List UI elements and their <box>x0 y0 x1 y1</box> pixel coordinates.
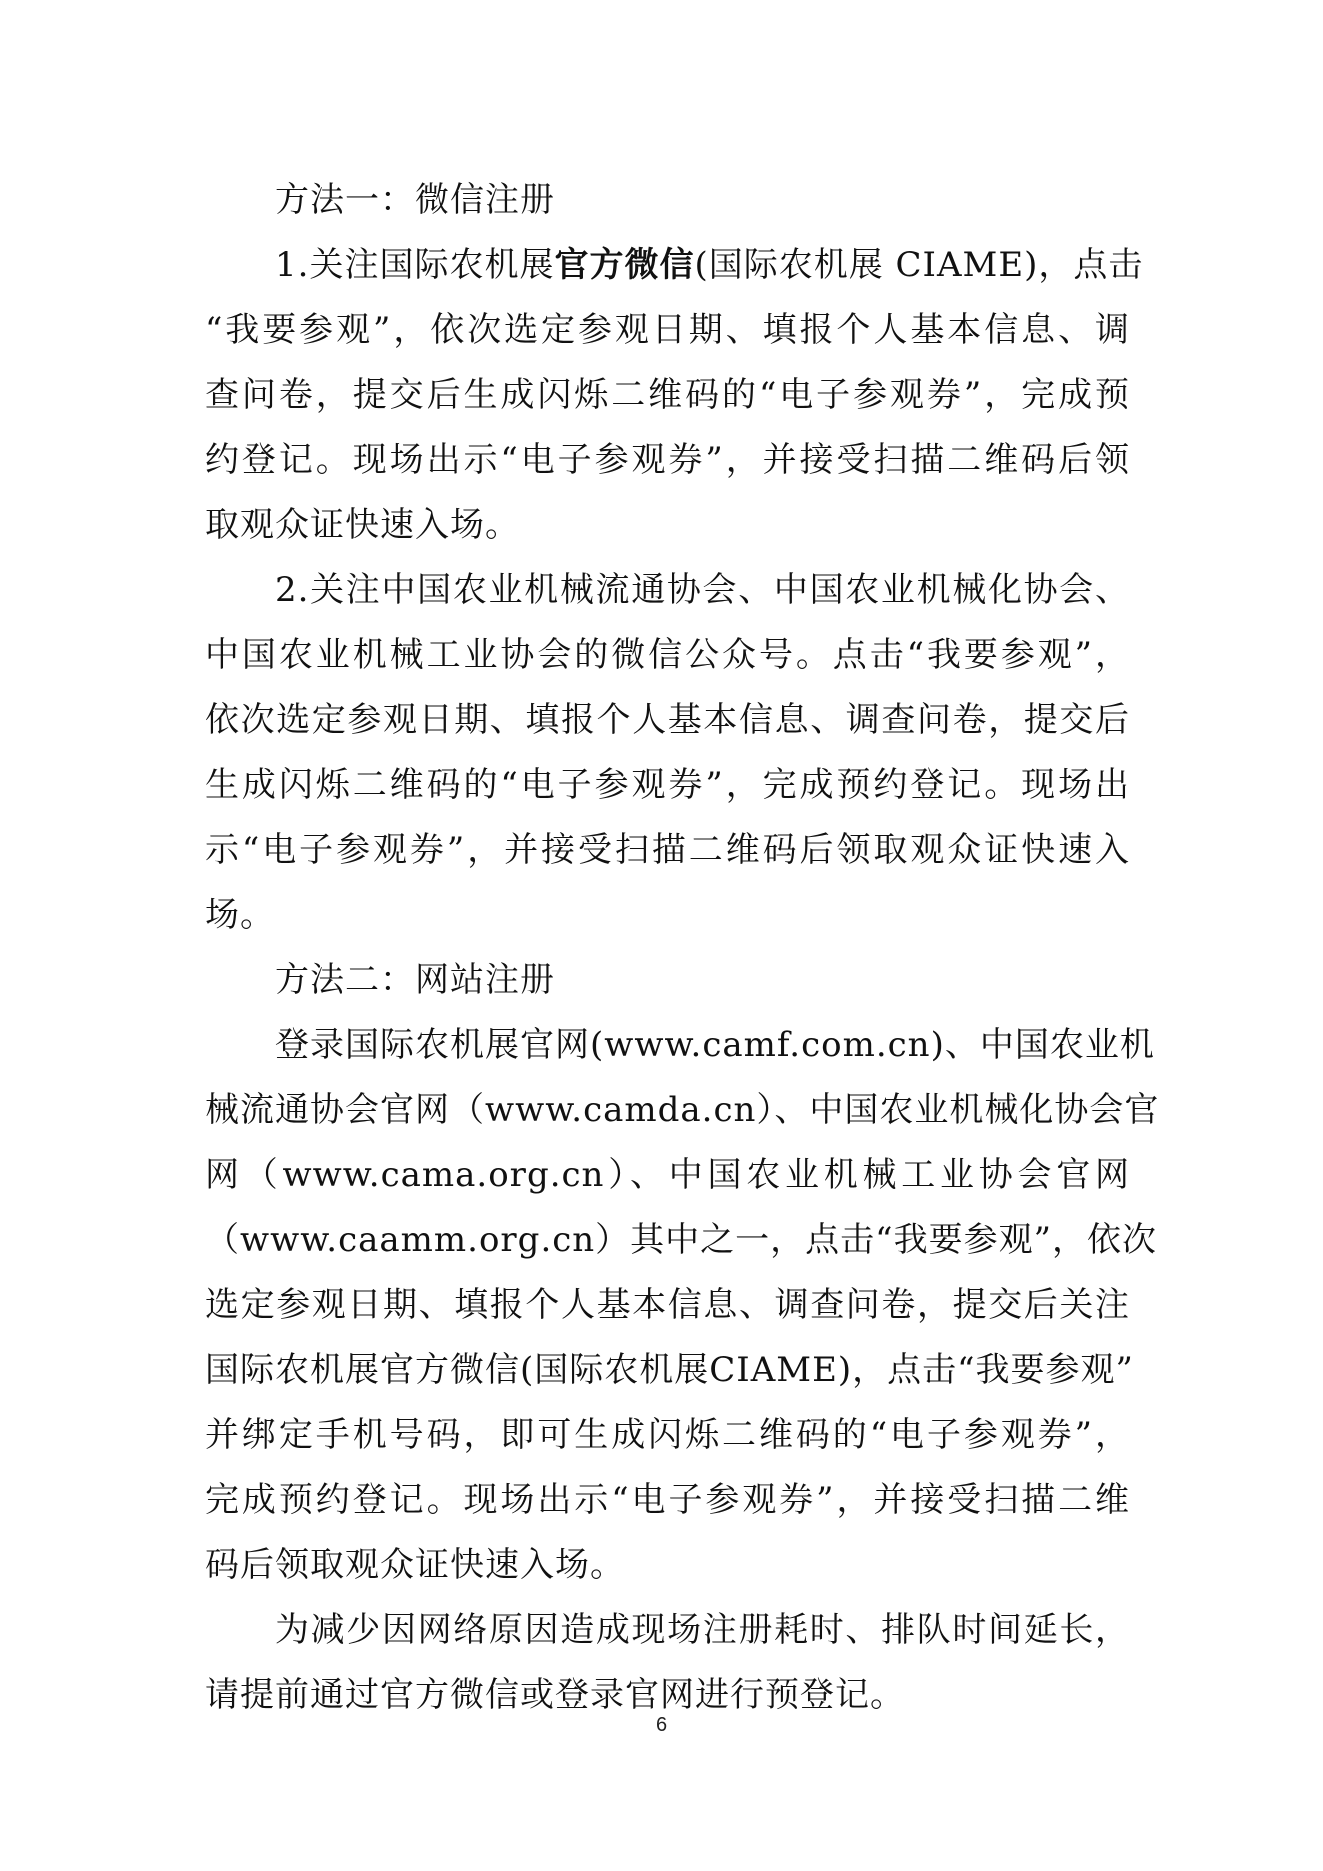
paragraph-line: 选定参观日期、填报个人基本信息、调查问卷，提交后关注 <box>205 1285 1130 1325</box>
text-span: 1.关注国际农机展 <box>275 245 554 285</box>
paragraph-line: 完成预约登记。现场出示“电子参观券”，并接受扫描二维 <box>205 1480 1130 1520</box>
paragraph-line: 中国农业机械工业协会的微信公众号。点击“我要参观”， <box>205 635 1130 675</box>
paragraph-line: 登录国际农机展官网(www.camf.com.cn)、中国农业机 <box>275 1025 1130 1065</box>
paragraph-line: 码后领取观众证快速入场。 <box>205 1545 1130 1585</box>
section-heading-website: 方法二：网站注册 <box>275 960 555 1000</box>
paragraph-line: 依次选定参观日期、填报个人基本信息、调查问卷，提交后 <box>205 700 1130 740</box>
paragraph-line: 约登记。现场出示“电子参观券”，并接受扫描二维码后领 <box>205 440 1130 480</box>
paragraph-line: 示“电子参观券”，并接受扫描二维码后领取观众证快速入 <box>205 830 1130 870</box>
paragraph-line: （www.caamm.org.cn）其中之一，点击“我要参观”，依次 <box>205 1220 1130 1260</box>
paragraph-line: 请提前通过官方微信或登录官网进行预登记。 <box>205 1675 1130 1715</box>
document-page: 方法一：微信注册 1.关注国际农机展官方微信(国际农机展 CIAME)，点击 “… <box>0 0 1323 1871</box>
paragraph-line: “我要参观”，依次选定参观日期、填报个人基本信息、调 <box>205 310 1130 350</box>
paragraph-line: 1.关注国际农机展官方微信(国际农机展 CIAME)，点击 <box>275 245 1130 285</box>
paragraph-line: 械流通协会官网（www.camda.cn）、中国农业机械化协会官 <box>205 1090 1130 1130</box>
paragraph-line: 场。 <box>205 895 1130 935</box>
text-span: (国际农机展 CIAME)，点击 <box>694 245 1143 285</box>
paragraph-line: 为减少因网络原因造成现场注册耗时、排队时间延长， <box>275 1610 1130 1650</box>
section-heading-wechat: 方法一：微信注册 <box>275 180 555 220</box>
page-number: 6 <box>0 1714 1323 1737</box>
paragraph-line: 2.关注中国农业机械流通协会、中国农业机械化协会、 <box>275 570 1130 610</box>
paragraph-line: 国际农机展官方微信(国际农机展CIAME)，点击“我要参观” <box>205 1350 1130 1390</box>
paragraph-line: 生成闪烁二维码的“电子参观券”，完成预约登记。现场出 <box>205 765 1130 805</box>
paragraph-line: 取观众证快速入场。 <box>205 505 1130 545</box>
paragraph-line: 查问卷，提交后生成闪烁二维码的“电子参观券”，完成预 <box>205 375 1130 415</box>
paragraph-line: 网（www.cama.org.cn）、中国农业机械工业协会官网 <box>205 1155 1130 1195</box>
official-wechat-emphasis: 官方微信 <box>554 245 694 285</box>
paragraph-line: 并绑定手机号码，即可生成闪烁二维码的“电子参观券”， <box>205 1415 1130 1455</box>
